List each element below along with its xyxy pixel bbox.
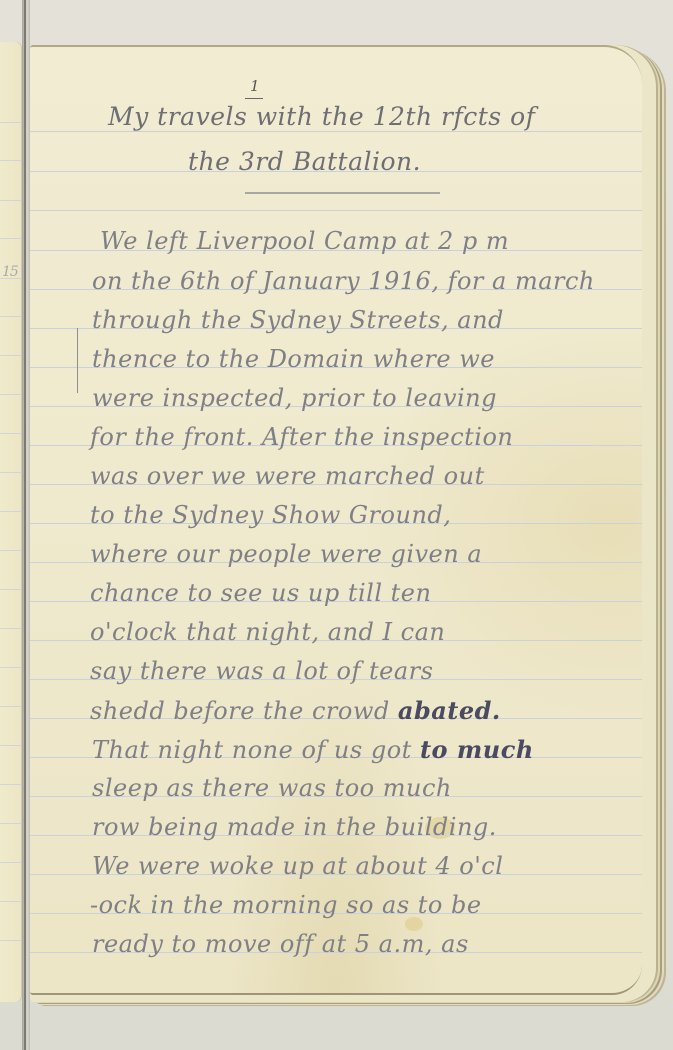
- body-line-13-pencil: shedd before the crowd: [90, 697, 390, 725]
- paper-stain: [405, 917, 423, 931]
- body-line-12: say there was a lot of tears: [90, 657, 433, 685]
- ruled-line: [0, 472, 22, 473]
- body-line-17: We were woke up at about 4 o'cl: [92, 852, 503, 880]
- body-line-7: was over we were marched out: [90, 462, 485, 490]
- previous-page-edge: 15: [0, 42, 22, 1002]
- body-line-14-pencil: That night none of us got: [92, 736, 412, 764]
- ruled-line: [0, 901, 22, 902]
- body-line-2: on the 6th of January 1916, for a march: [92, 267, 595, 295]
- ruled-line: [0, 394, 22, 395]
- page-number-underline: [245, 98, 263, 99]
- ruled-line: [0, 433, 22, 434]
- page-number: 1: [250, 77, 260, 95]
- body-line-6: for the front. After the inspection: [90, 423, 513, 451]
- ruled-line: [0, 823, 22, 824]
- body-line-9: where our people were given a: [90, 540, 482, 568]
- ruled-line: [30, 210, 642, 211]
- ruled-line: [0, 862, 22, 863]
- body-line-5: were inspected, prior to leaving: [92, 384, 497, 412]
- ruled-line: [0, 200, 22, 201]
- ruled-line: [0, 706, 22, 707]
- title-line-2: the 3rd Battalion.: [188, 147, 421, 176]
- title-line-1: My travels with the 12th rfcts of: [108, 102, 535, 131]
- body-line-1: We left Liverpool Camp at 2 p m: [100, 227, 509, 255]
- ruled-line: [0, 238, 22, 239]
- body-line-19: ready to move off at 5 a.m, as: [92, 930, 469, 958]
- ruled-line: [30, 131, 642, 132]
- ruled-line: [0, 589, 22, 590]
- ruled-line: [0, 628, 22, 629]
- body-line-10: chance to see us up till ten: [90, 579, 431, 607]
- ruled-line: [0, 122, 22, 123]
- ruled-line: [0, 667, 22, 668]
- body-line-11: o'clock that night, and I can: [90, 618, 445, 646]
- body-line-15: sleep as there was too much: [92, 774, 452, 802]
- ink-overwrite-abated: abated.: [398, 696, 501, 725]
- ruled-line: [0, 940, 22, 941]
- body-line-4: thence to the Domain where we: [92, 345, 495, 373]
- body-line-14: That night none of us got to much: [92, 735, 534, 764]
- title-underline: [245, 192, 440, 194]
- ruled-line: [0, 784, 22, 785]
- body-line-16: row being made in the building.: [92, 813, 497, 841]
- gutter-fold-line: [24, 0, 26, 1050]
- diary-page: 1 My travels with the 12th rfcts of the …: [30, 45, 642, 995]
- body-line-13: shedd before the crowd abated.: [90, 696, 501, 725]
- ink-overwrite-to-much: to much: [420, 735, 534, 764]
- ruled-line: [0, 355, 22, 356]
- ruled-line: [0, 745, 22, 746]
- body-line-3: through the Sydney Streets, and: [92, 306, 504, 334]
- body-line-18: -ock in the morning so as to be: [90, 891, 482, 919]
- ruled-line: [0, 316, 22, 317]
- ruled-line: [0, 511, 22, 512]
- previous-page-margin-mark: 15: [2, 264, 18, 280]
- body-line-8: to the Sydney Show Ground,: [90, 501, 451, 529]
- ruled-line: [0, 550, 22, 551]
- margin-pencil-mark: [77, 328, 78, 393]
- ruled-line: [0, 160, 22, 161]
